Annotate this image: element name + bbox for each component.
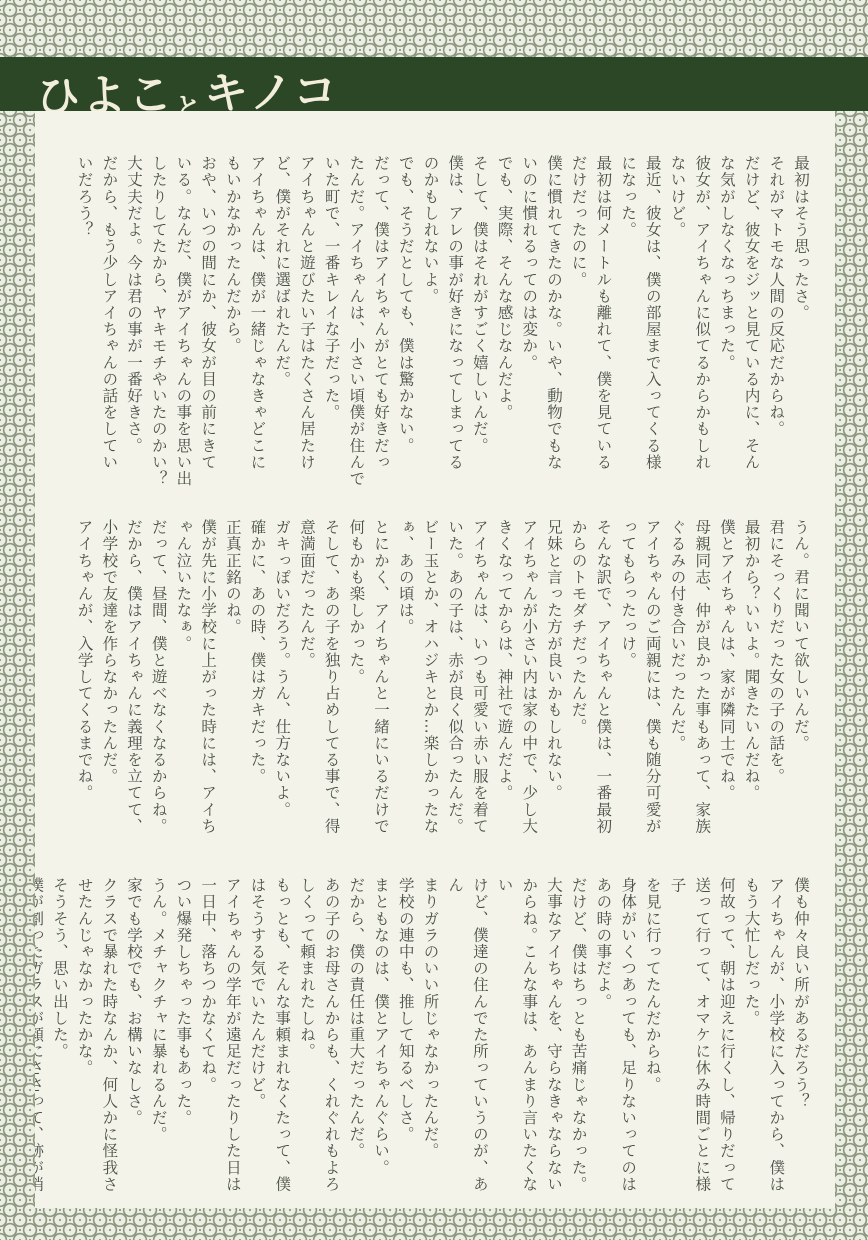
text-column: いた。あの子は、赤が良く似合ったんだ。 — [442, 519, 467, 859]
text-column: アイちゃんと遊びたい子はたくさん居たけ — [294, 155, 319, 495]
text-column: あの子のお母さんからも、くれぐれもよろ — [319, 877, 344, 1208]
text-column: ガキっぽいだろう。うん、仕方ないよ。 — [270, 519, 295, 859]
text-column: 送って行って、オマケに休み時間ごとに様子 — [665, 877, 714, 1208]
text-column: 最初は何メートルも離れて、僕を見ている — [591, 155, 616, 495]
text-column: だって、昼間、僕と遊べなくなるからね。 — [146, 519, 171, 859]
text-column: きくなってからは、神社で遊んだよ。 — [492, 519, 517, 859]
text-column: 最初から？いいよ。聞きたいんだね。 — [739, 519, 764, 859]
text-column: アイちゃんの学年が遠足だったりした日は — [220, 877, 245, 1208]
text-column: 兄妹と言った方が良いかもしれない。 — [541, 519, 566, 859]
text-column: ぁ、あの頃は。 — [393, 519, 418, 859]
text-column: だけど、僕はちっとも苦痛じゃなかった。 — [566, 877, 591, 1208]
text-column: でも、実際、そんな感じなんだよ。 — [492, 155, 517, 495]
text-column: 何故って、朝は迎えに行くし、帰りだって — [714, 877, 739, 1208]
text-column: 僕も仲々良い所があるだろう？ — [788, 877, 813, 1208]
text-column: うん。メチャクチャに暴れるんだ。 — [146, 877, 171, 1208]
text-column: のかもしれないよ。 — [418, 155, 443, 495]
text-column: それがマトモな人間の反応だからね。 — [764, 155, 789, 495]
text-column: ゃん泣いたなぁ。 — [171, 519, 196, 859]
text-column: 確かに、あの時、僕はガキだった。 — [245, 519, 270, 859]
text-column: とにかく、アイちゃんと一緒にいるだけで — [368, 519, 393, 859]
text-column: ないけど。 — [665, 155, 690, 495]
text-column: そうそう、思い出した。 — [47, 877, 72, 1208]
text-column: 正真正銘のね。 — [220, 519, 245, 859]
text-column: いだろう？ — [72, 155, 97, 495]
text-column: いのに慣れるってのは変か。 — [517, 155, 542, 495]
text-column: 意満面だったんだ。 — [294, 519, 319, 859]
text-column: 僕が割ったガラスが顔にささって、跡が消 — [35, 877, 47, 1208]
text-column: まともなのは、僕とアイちゃんぐらい。 — [368, 877, 393, 1208]
text-column: 最近、彼女は、僕の部屋まで入ってくる様 — [640, 155, 665, 495]
text-column: だから、もう少しアイちゃんの話をしてい — [97, 155, 122, 495]
text-column: おや、いつの間にか、彼女が目の前にきて — [195, 155, 220, 495]
text-block-1: 最初はそう思ったさ。それがマトモな人間の反応だからね。だけど、彼女をジッと見てい… — [72, 155, 813, 495]
text-column: そんな訳で、アイちゃんと僕は、一番最初 — [591, 519, 616, 859]
text-column: もっとも、そんな事頼まれなくたって、僕 — [270, 877, 295, 1208]
text-column: せたんじゃなかったかな。 — [72, 877, 97, 1208]
scanned-page: ひよことキノコ 最初はそう思ったさ。それがマトモな人間の反応だからね。だけど、彼… — [0, 0, 868, 1240]
text-column: しくって頼まれたしね。 — [294, 877, 319, 1208]
text-column: からのトモダチだったんだ。 — [566, 519, 591, 859]
text-column: そして、僕はそれがすごく嬉しいんだ。 — [467, 155, 492, 495]
text-column: そして、あの子を独り占めしてる事で、得 — [319, 519, 344, 859]
text-column: だって、僕はアイちゃんがとても好きだっ — [368, 155, 393, 495]
text-block-2: うん。君に聞いて欲しいんだ。君にそっくりだった女の子の話を。最初から？いいよ。聞… — [72, 519, 813, 859]
text-column: 学校の連中も、推して知るべしさ。 — [393, 877, 418, 1208]
text-column: けど、僕達の住んでた所っていうのが、あん — [442, 877, 491, 1208]
text-column: ど、僕がそれに選ばれたんだ。 — [270, 155, 295, 495]
text-column: を見に行ってたんだからね。 — [640, 877, 665, 1208]
text-column: 身体がいくつあっても、足りないってのは — [615, 877, 640, 1208]
text-column: でも、そうだとしても、僕は驚かない。 — [393, 155, 418, 495]
text-column: 大丈夫だよ。今は君の事が一番好きさ。 — [121, 155, 146, 495]
text-column: 僕が先に小学校に上がった時には、アイち — [195, 519, 220, 859]
text-column: いた町で、一番キレイな子だった。 — [319, 155, 344, 495]
text-column: アイちゃんが小さい内は家の中で、少し大 — [517, 519, 542, 859]
text-column: ぐるみの付き合いだったんだ。 — [665, 519, 690, 859]
text-column: ビー玉とか、オハジキとか…楽しかったな — [418, 519, 443, 859]
text-column: だから、僕の責任は重大だったんだ。 — [344, 877, 369, 1208]
text-column: 僕に慣れてきたのかな。いや、動物でもな — [541, 155, 566, 495]
text-column: アイちゃんのご両親には、僕も随分可愛が — [640, 519, 665, 859]
text-column: 僕は、アレの事が好きになってしまってる — [442, 155, 467, 495]
text-column: だけど、彼女をジッと見ている内に、そん — [739, 155, 764, 495]
text-column: アイちゃんは、いつも可愛い赤い服を着て — [467, 519, 492, 859]
text-column: 小学校で友達を作らなかったんだ。 — [97, 519, 122, 859]
text-column: 彼女が、アイちゃんに似てるからかもしれ — [689, 155, 714, 495]
text-column: したりしてたから、ヤキモチやいたのかい？ — [146, 155, 171, 495]
text-column: アイちゃんは、僕が一緒じゃなきゃどこに — [245, 155, 270, 495]
text-column: からね。こんな事は、あんまり言いたくない — [492, 877, 541, 1208]
text-column: になった。 — [615, 155, 640, 495]
text-column: アイちゃんが、小学校に入ってから、僕は — [764, 877, 789, 1208]
text-column: あの時の事だよ。 — [591, 877, 616, 1208]
text-column: たんだ。アイちゃんは、小さい頃僕が住んで — [344, 155, 369, 495]
text-column: 一日中、落ちつかなくてね。 — [195, 877, 220, 1208]
text-column: 大事なアイちゃんを、守らなきゃならない — [541, 877, 566, 1208]
text-column: 家でも学校でも、お構いなしさ。 — [121, 877, 146, 1208]
text-column: まりガラのいい所じゃなかったんだ。 — [418, 877, 443, 1208]
text-column: 母親同志、仲が良かった事もあって、家族 — [689, 519, 714, 859]
text-column: つい爆発しちゃった事もあった。 — [171, 877, 196, 1208]
text-column: うん。君に聞いて欲しいんだ。 — [788, 519, 813, 859]
text-column: アイちゃんが、入学してくるまでね。 — [72, 519, 97, 859]
text-column: もう大忙しだった。 — [739, 877, 764, 1208]
text-column: だから、僕はアイちゃんに義理を立てて、 — [121, 519, 146, 859]
title-banner: ひよことキノコ — [0, 57, 868, 111]
text-column: 何もかも楽しかった。 — [344, 519, 369, 859]
text-page: 最初はそう思ったさ。それがマトモな人間の反応だからね。だけど、彼女をジッと見てい… — [35, 111, 835, 1208]
text-column: だけだったのに。 — [566, 155, 591, 495]
text-block-3: 僕も仲々良い所があるだろう？アイちゃんが、小学校に入ってから、僕はもう大忙しだっ… — [35, 877, 813, 1208]
text-column: いる。なんだ、僕がアイちゃんの事を思い出 — [171, 155, 196, 495]
text-column: 君にそっくりだった女の子の話を。 — [764, 519, 789, 859]
text-column: もいかなかったんだから。 — [220, 155, 245, 495]
text-column: 僕とアイちゃんは、家が隣同士でね。 — [714, 519, 739, 859]
text-column: な気がしなくなっちまった。 — [714, 155, 739, 495]
text-column: クラスで暴れた時なんか、何人かに怪我さ — [97, 877, 122, 1208]
text-column: ってもらったっけ。 — [615, 519, 640, 859]
text-column: はそうする気でいたんだけど。 — [245, 877, 270, 1208]
text-column: 最初はそう思ったさ。 — [788, 155, 813, 495]
